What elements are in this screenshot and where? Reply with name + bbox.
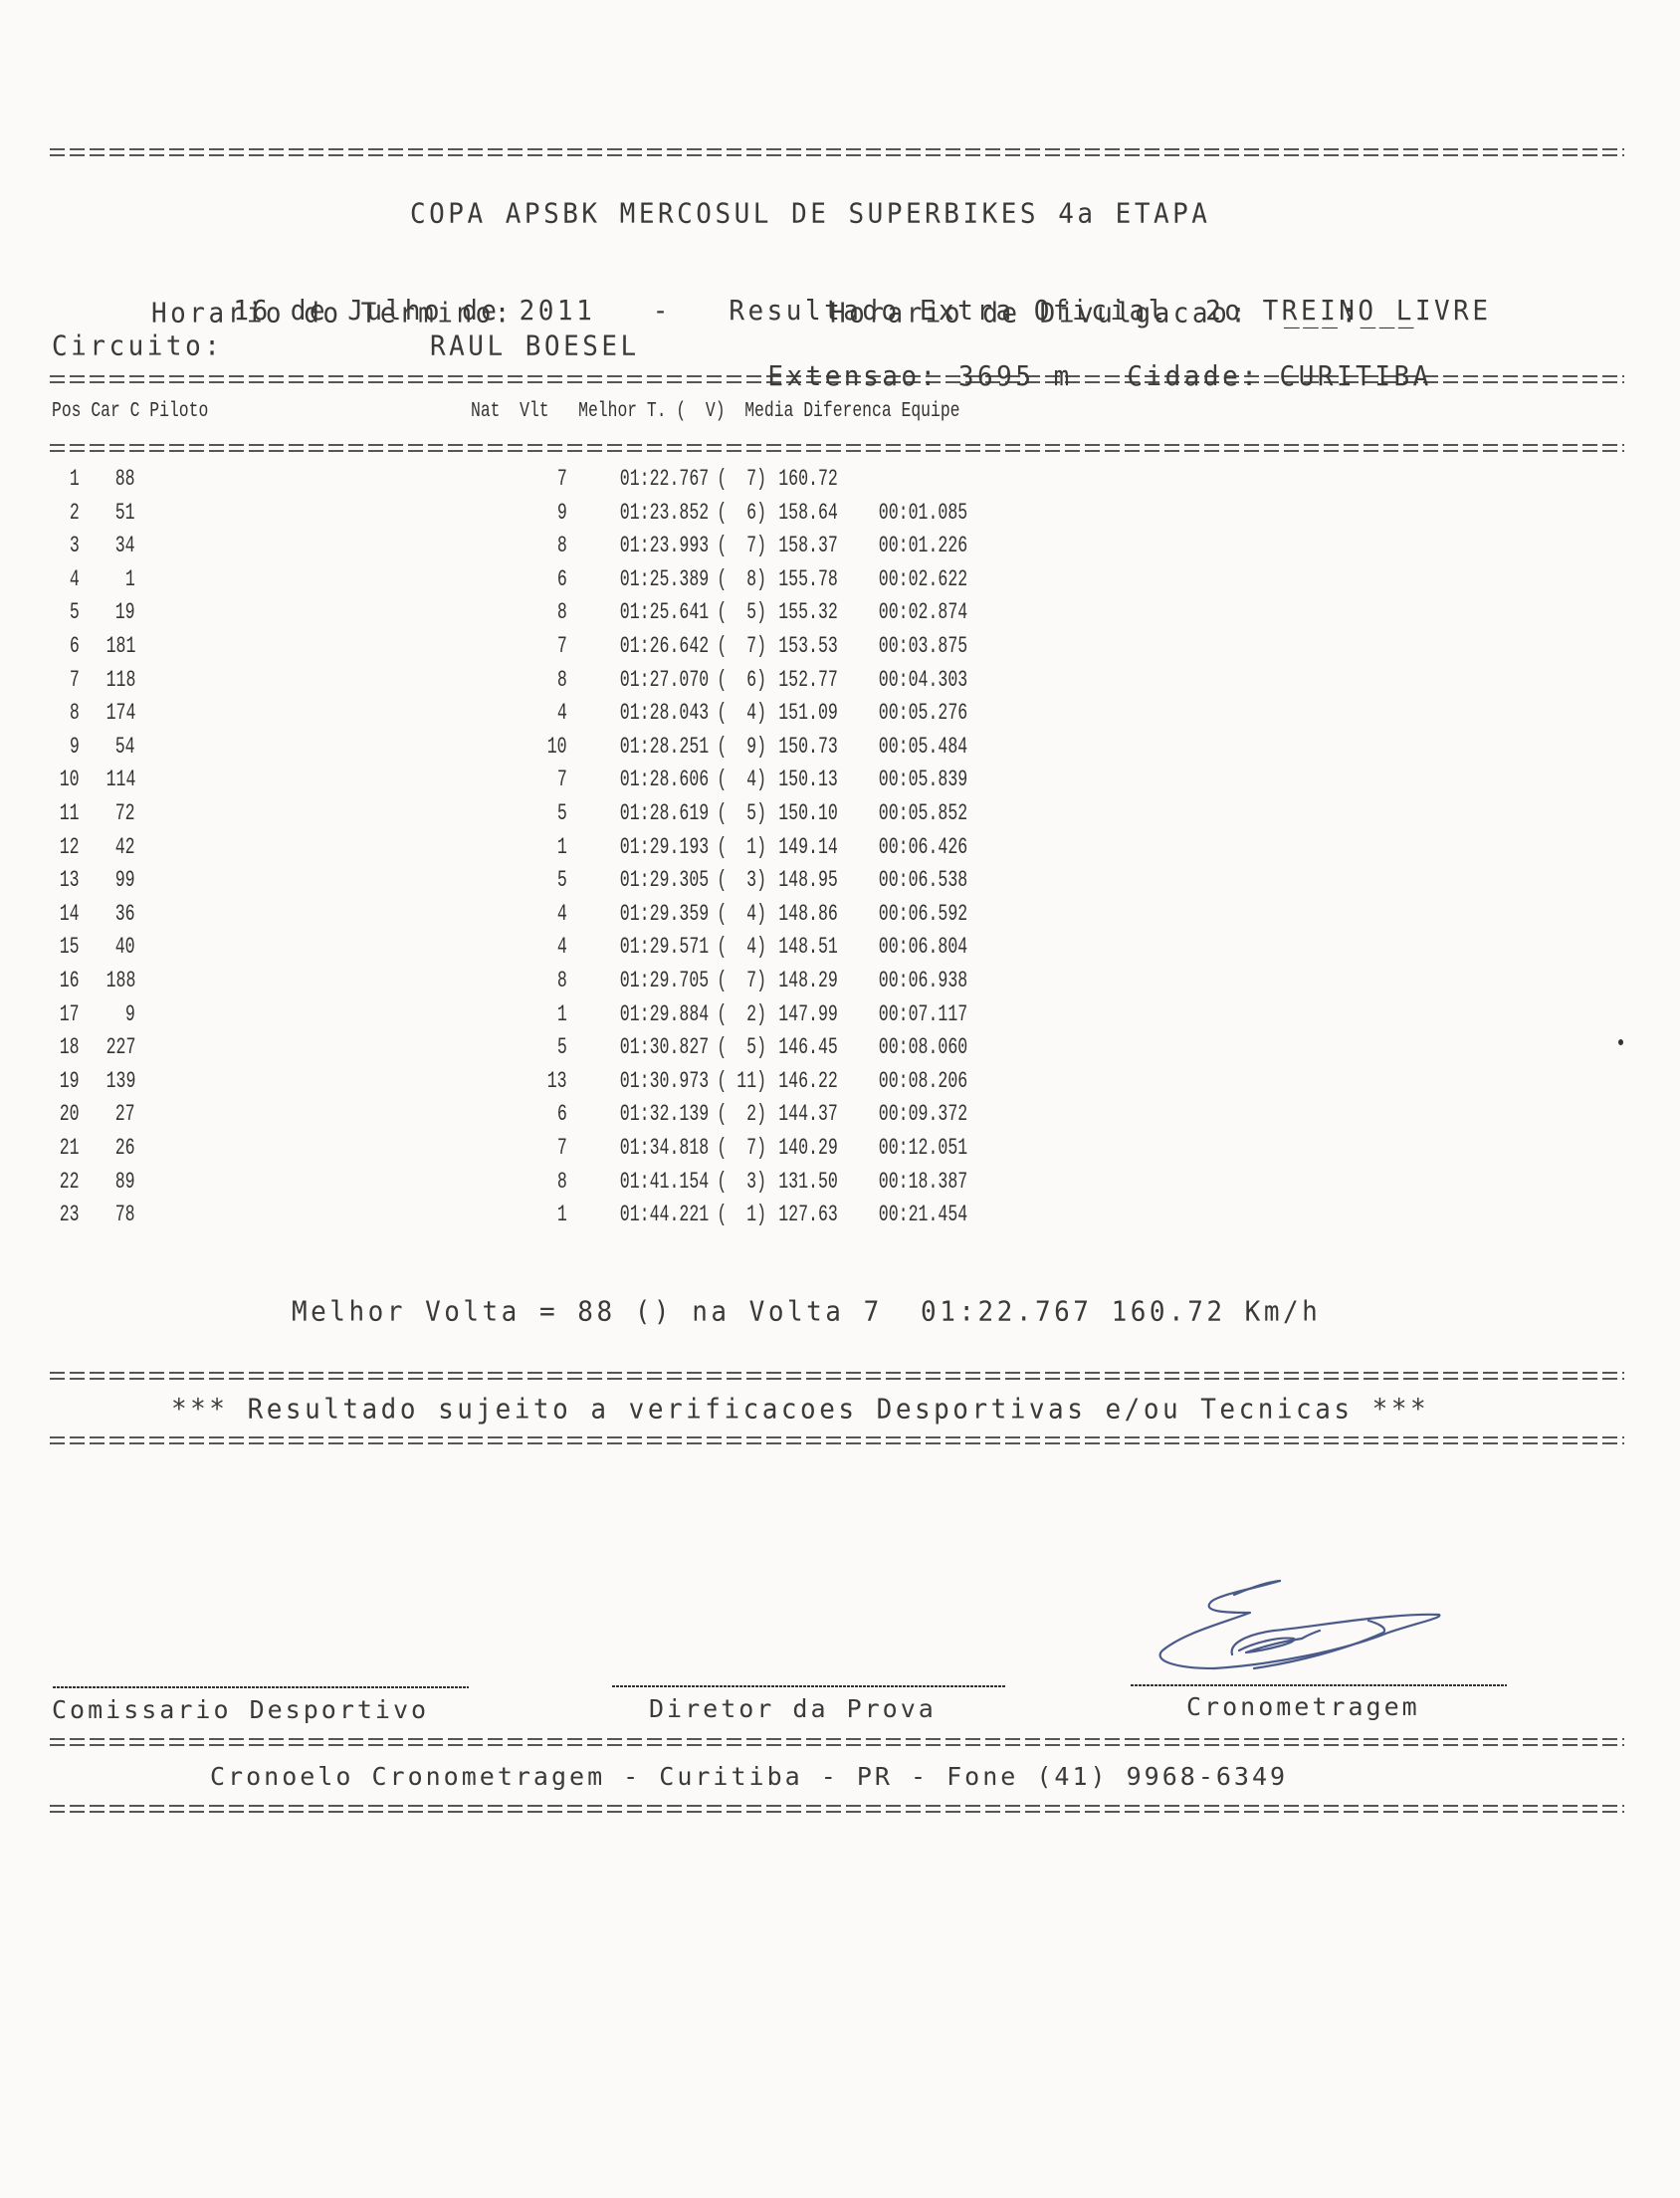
table-row: 2378101:44.221( 1)127.6300:21.454 [52, 1202, 1047, 1234]
best-time-cell: 01:25.641 [620, 599, 709, 625]
column-header-left: Pos Car C Piloto [52, 400, 208, 423]
best-time-cell: 01:28.619 [620, 800, 709, 826]
table-row: 9541001:28.251( 9)150.7300:05.484 [52, 734, 1047, 767]
pos-cell: 14 [60, 901, 80, 927]
avg-speed-cell: 140.29 [778, 1135, 838, 1161]
car-cell: 40 [115, 934, 135, 960]
laps-cell: 7 [557, 466, 567, 492]
best-lap-number-cell: ( 6) [717, 667, 766, 693]
pos-cell: 2 [70, 500, 80, 526]
laps-cell: 9 [557, 500, 567, 526]
best-lap-number-cell: ( 9) [717, 734, 766, 760]
table-row: 2289801:41.154( 3)131.5000:18.387 [52, 1169, 1047, 1202]
table-row: 1242101:29.193( 1)149.1400:06.426 [52, 834, 1047, 867]
signature-line-diretor [612, 1685, 1005, 1687]
car-cell: 54 [115, 734, 135, 760]
best-lap-number-cell: ( 4) [717, 700, 766, 726]
car-cell: 26 [115, 1135, 135, 1161]
car-cell: 227 [105, 1034, 135, 1060]
city: Cidade: CURITIBA [1089, 330, 1432, 393]
gap-cell: 00:05.839 [879, 767, 967, 792]
gap-cell: 00:09.372 [879, 1101, 967, 1127]
scan-speck [1618, 1039, 1623, 1045]
laps-cell: 6 [557, 566, 567, 592]
car-cell: 27 [115, 1101, 135, 1127]
verification-notice: *** Resultado sujeito a verificacoes Des… [171, 1394, 1429, 1426]
best-lap-number-cell: ( 4) [717, 767, 766, 792]
laps-cell: 7 [557, 633, 567, 659]
best-lap-number-cell: ( 6) [717, 500, 766, 526]
avg-speed-cell: 149.14 [778, 834, 838, 860]
footer-contact: Cronoelo Cronometragem - Curitiba - PR -… [210, 1762, 1288, 1791]
laps-cell: 4 [557, 700, 567, 726]
avg-speed-cell: 148.51 [778, 934, 838, 960]
avg-speed-cell: 146.45 [778, 1034, 838, 1060]
laps-cell: 7 [557, 1135, 567, 1161]
laps-cell: 8 [557, 599, 567, 625]
avg-speed-cell: 153.53 [778, 633, 838, 659]
gap-cell: 00:01.085 [879, 500, 967, 526]
circuit-name: RAUL BOESEL [430, 330, 640, 362]
laps-cell: 8 [557, 968, 567, 993]
separator-rule-notice-top [50, 1372, 1624, 1380]
pos-cell: 22 [60, 1169, 80, 1195]
best-lap-number-cell: ( 7) [717, 1135, 766, 1161]
car-cell: 88 [115, 466, 135, 492]
pos-cell: 15 [60, 934, 80, 960]
release-time-value: ___:___ [1284, 298, 1417, 330]
avg-speed-cell: 148.95 [778, 867, 838, 893]
table-row: 2126701:34.818( 7)140.2900:12.051 [52, 1135, 1047, 1168]
avg-speed-cell: 150.13 [778, 767, 838, 792]
avg-speed-cell: 158.64 [778, 500, 838, 526]
best-lap-number-cell: ( 5) [717, 1034, 766, 1060]
laps-cell: 5 [557, 867, 567, 893]
signature-label-comissario: Comissario Desportivo [52, 1695, 429, 1724]
best-time-cell: 01:32.139 [620, 1101, 709, 1127]
table-row: 1399501:29.305( 3)148.9500:06.538 [52, 867, 1047, 900]
laps-cell: 6 [557, 1101, 567, 1127]
best-lap-number-cell: ( 2) [717, 1001, 766, 1027]
table-row: 10114701:28.606( 4)150.1300:05.839 [52, 767, 1047, 799]
avg-speed-cell: 151.09 [778, 700, 838, 726]
laps-cell: 4 [557, 901, 567, 927]
best-time-cell: 01:41.154 [620, 1169, 709, 1195]
best-time-cell: 01:29.884 [620, 1001, 709, 1027]
table-row: 519801:25.641( 5)155.3200:02.874 [52, 599, 1047, 632]
car-cell: 9 [125, 1001, 135, 1027]
table-row: 41601:25.389( 8)155.7800:02.622 [52, 566, 1047, 599]
laps-cell: 13 [547, 1068, 567, 1094]
gap-cell: 00:06.592 [879, 901, 967, 927]
table-row: 6181701:26.642( 7)153.5300:03.875 [52, 633, 1047, 666]
end-time-label: Horario do Termino: [151, 298, 514, 330]
car-cell: 19 [115, 599, 135, 625]
gap-cell: 00:07.117 [879, 1001, 967, 1027]
laps-cell: 1 [557, 1001, 567, 1027]
track-length: Extensao: 3695 m [730, 330, 1073, 393]
pos-cell: 8 [70, 700, 80, 726]
avg-speed-cell: 131.50 [778, 1169, 838, 1195]
avg-speed-cell: 160.72 [778, 466, 838, 492]
table-row: 334801:23.993( 7)158.3700:01.226 [52, 533, 1047, 565]
gap-cell: 00:02.622 [879, 566, 967, 592]
car-cell: 99 [115, 867, 135, 893]
car-cell: 174 [105, 700, 135, 726]
signature-label-diretor: Diretor da Prova [649, 1694, 937, 1723]
pos-cell: 17 [60, 1001, 80, 1027]
release-time-label: Horario de Divulgacao: [830, 298, 1249, 330]
separator-rule-footer-bottom [50, 1805, 1624, 1813]
table-row: 2027601:32.139( 2)144.3700:09.372 [52, 1101, 1047, 1134]
pos-cell: 7 [70, 667, 80, 693]
gap-cell: 00:05.276 [879, 700, 967, 726]
car-cell: 181 [105, 633, 135, 659]
gap-cell: 00:06.804 [879, 934, 967, 960]
car-cell: 78 [115, 1202, 135, 1227]
separator-rule-footer-top [50, 1738, 1624, 1746]
date-separator: - [653, 296, 672, 328]
separator-rule-header [50, 375, 1624, 383]
laps-cell: 5 [557, 1034, 567, 1060]
best-lap-number-cell: ( 3) [717, 867, 766, 893]
laps-cell: 7 [557, 767, 567, 792]
best-lap-number-cell: ( 7) [717, 633, 766, 659]
table-row: 251901:23.852( 6)158.6400:01.085 [52, 500, 1047, 533]
avg-speed-cell: 148.86 [778, 901, 838, 927]
pos-cell: 21 [60, 1135, 80, 1161]
best-time-cell: 01:23.993 [620, 533, 709, 558]
avg-speed-cell: 150.10 [778, 800, 838, 826]
pos-cell: 19 [60, 1068, 80, 1094]
best-time-cell: 01:29.359 [620, 901, 709, 927]
gap-cell: 00:06.426 [879, 834, 967, 860]
car-cell: 89 [115, 1169, 135, 1195]
avg-speed-cell: 146.22 [778, 1068, 838, 1094]
signature-label-cronometragem: Cronometragem [1186, 1692, 1420, 1721]
car-cell: 36 [115, 901, 135, 927]
pos-cell: 16 [60, 968, 80, 993]
pos-cell: 5 [70, 599, 80, 625]
separator-rule-top [50, 148, 1624, 156]
best-lap-number-cell: ( 2) [717, 1101, 766, 1127]
avg-speed-cell: 155.32 [778, 599, 838, 625]
best-lap-number-cell: ( 1) [717, 834, 766, 860]
gap-cell: 00:08.206 [879, 1068, 967, 1094]
gap-cell: 00:04.303 [879, 667, 967, 693]
gap-cell: 00:21.454 [879, 1202, 967, 1227]
table-row: 18227501:30.827( 5)146.4500:08.060 [52, 1034, 1047, 1067]
best-lap-number-cell: ( 5) [717, 599, 766, 625]
best-lap-number-cell: ( 7) [717, 533, 766, 558]
gap-cell: 00:06.538 [879, 867, 967, 893]
car-cell: 1 [125, 566, 135, 592]
pos-cell: 6 [70, 633, 80, 659]
best-lap-number-cell: ( 8) [717, 566, 766, 592]
pos-cell: 20 [60, 1101, 80, 1127]
best-time-cell: 01:34.818 [620, 1135, 709, 1161]
avg-speed-cell: 147.99 [778, 1001, 838, 1027]
best-time-cell: 01:29.305 [620, 867, 709, 893]
table-row: 179101:29.884( 2)147.9900:07.117 [52, 1001, 1047, 1034]
car-cell: 51 [115, 500, 135, 526]
table-row: 16188801:29.705( 7)148.2900:06.938 [52, 968, 1047, 1000]
gap-cell: 00:01.226 [879, 533, 967, 558]
pos-cell: 11 [60, 800, 80, 826]
signature-line-cronometragem [1131, 1684, 1507, 1686]
best-time-cell: 01:23.852 [620, 500, 709, 526]
gap-cell: 00:12.051 [879, 1135, 967, 1161]
pos-cell: 23 [60, 1202, 80, 1227]
avg-speed-cell: 155.78 [778, 566, 838, 592]
laps-cell: 8 [557, 1169, 567, 1195]
best-time-cell: 01:27.070 [620, 667, 709, 693]
pos-cell: 4 [70, 566, 80, 592]
gap-cell: 00:18.387 [879, 1169, 967, 1195]
best-time-cell: 01:29.705 [620, 968, 709, 993]
gap-cell: 00:06.938 [879, 968, 967, 993]
laps-cell: 1 [557, 1202, 567, 1227]
laps-cell: 1 [557, 834, 567, 860]
signature-line-comissario [53, 1686, 469, 1688]
best-time-cell: 01:28.606 [620, 767, 709, 792]
gap-cell: 00:03.875 [879, 633, 967, 659]
laps-cell: 5 [557, 800, 567, 826]
table-row: 188701:22.767( 7)160.72 [52, 466, 1047, 499]
laps-cell: 4 [557, 934, 567, 960]
signature-cronometragem [1145, 1573, 1473, 1682]
pos-cell: 9 [70, 734, 80, 760]
avg-speed-cell: 150.73 [778, 734, 838, 760]
best-lap-number-cell: ( 5) [717, 800, 766, 826]
best-time-cell: 01:28.043 [620, 700, 709, 726]
table-row: 7118801:27.070( 6)152.7700:04.303 [52, 667, 1047, 700]
car-cell: 114 [105, 767, 135, 792]
laps-cell: 8 [557, 533, 567, 558]
best-lap-number-cell: ( 7) [717, 466, 766, 492]
car-cell: 118 [105, 667, 135, 693]
best-time-cell: 01:29.571 [620, 934, 709, 960]
best-lap-line: Melhor Volta = 88 () na Volta 7 01:22.76… [292, 1296, 1321, 1328]
car-cell: 139 [105, 1068, 135, 1094]
best-time-cell: 01:28.251 [620, 734, 709, 760]
avg-speed-cell: 152.77 [778, 667, 838, 693]
car-cell: 34 [115, 533, 135, 558]
car-cell: 188 [105, 968, 135, 993]
gap-cell: 00:05.484 [879, 734, 967, 760]
avg-speed-cell: 127.63 [778, 1202, 838, 1227]
best-time-cell: 01:26.642 [620, 633, 709, 659]
best-lap-number-cell: ( 4) [717, 934, 766, 960]
best-lap-number-cell: ( 7) [717, 968, 766, 993]
pos-cell: 1 [70, 466, 80, 492]
best-time-cell: 01:25.389 [620, 566, 709, 592]
pos-cell: 12 [60, 834, 80, 860]
best-time-cell: 01:22.767 [620, 466, 709, 492]
laps-cell: 8 [557, 667, 567, 693]
best-lap-number-cell: ( 11) [717, 1068, 766, 1094]
best-time-cell: 01:30.973 [620, 1068, 709, 1094]
best-time-cell: 01:44.221 [620, 1202, 709, 1227]
table-row: 191391301:30.973( 11)146.2200:08.206 [52, 1068, 1047, 1101]
document-title: COPA APSBK MERCOSUL DE SUPERBIKES 4a ETA… [410, 198, 1210, 230]
best-lap-number-cell: ( 1) [717, 1202, 766, 1227]
avg-speed-cell: 144.37 [778, 1101, 838, 1127]
table-row: 1540401:29.571( 4)148.5100:06.804 [52, 934, 1047, 967]
best-time-cell: 01:30.827 [620, 1034, 709, 1060]
table-row: 8174401:28.043( 4)151.0900:05.276 [52, 700, 1047, 733]
pos-cell: 18 [60, 1034, 80, 1060]
best-lap-number-cell: ( 3) [717, 1169, 766, 1195]
best-lap-number-cell: ( 4) [717, 901, 766, 927]
pos-cell: 3 [70, 533, 80, 558]
laps-cell: 10 [547, 734, 567, 760]
pos-cell: 10 [60, 767, 80, 792]
car-cell: 72 [115, 800, 135, 826]
separator-rule-notice-bottom [50, 1436, 1624, 1444]
gap-cell: 00:02.874 [879, 599, 967, 625]
avg-speed-cell: 158.37 [778, 533, 838, 558]
gap-cell: 00:05.852 [879, 800, 967, 826]
best-time-cell: 01:29.193 [620, 834, 709, 860]
separator-rule-columns [50, 444, 1624, 452]
gap-cell: 00:08.060 [879, 1034, 967, 1060]
avg-speed-cell: 148.29 [778, 968, 838, 993]
pos-cell: 13 [60, 867, 80, 893]
table-row: 1172501:28.619( 5)150.1000:05.852 [52, 800, 1047, 833]
circuit-label: Circuito: [52, 330, 223, 362]
car-cell: 42 [115, 834, 135, 860]
table-row: 1436401:29.359( 4)148.8600:06.592 [52, 901, 1047, 934]
column-header-right: Nat Vlt Melhor T. ( V) Media Diferenca E… [471, 400, 959, 423]
